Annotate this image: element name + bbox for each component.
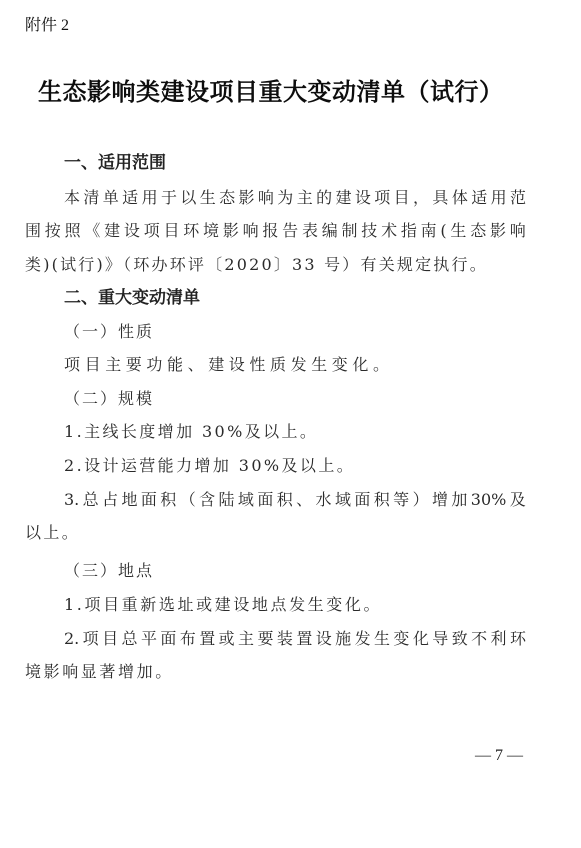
location-line-1: 1.项目重新选址或建设地点发生变化。 [64,597,382,613]
location-line-3: 境影响显著增加。 [25,664,174,680]
scope-line-2: 围按照《建设项目环境影响报告表编制技术指南(生态影响 [25,223,526,239]
document-title: 生态影响类建设项目重大变动清单（试行） [38,80,504,104]
section-heading-changes: 二、重大变动清单 [64,290,200,307]
subsection-heading-nature: （一）性质 [64,324,154,340]
attachment-label: 附件 2 [25,18,69,34]
scale-line-2: 2.设计运营能力增加 30%及以上。 [64,458,355,474]
scale-line-1: 1.主线长度增加 30%及以上。 [64,424,318,440]
scope-line-3: 类)(试行)》（环办环评〔2020〕33 号）有关规定执行。 [25,257,488,273]
section-heading-scope: 一、适用范围 [64,155,166,172]
page-number: — 7 — [475,748,523,764]
scale-line-3: 3.总占地面积（含陆域面积、水域面积等）增加30%及 [64,492,526,508]
location-line-2: 2.项目总平面布置或主要装置设施发生变化导致不利环 [64,631,526,647]
scale-line-4: 以上。 [25,525,80,541]
nature-line-1: 项目主要功能、建设性质发生变化。 [64,357,394,373]
scope-line-1: 本清单适用于以生态影响为主的建设项目，具体适用范 [64,190,526,206]
subsection-heading-scale: （二）规模 [64,391,154,407]
subsection-heading-location: （三）地点 [64,563,154,579]
